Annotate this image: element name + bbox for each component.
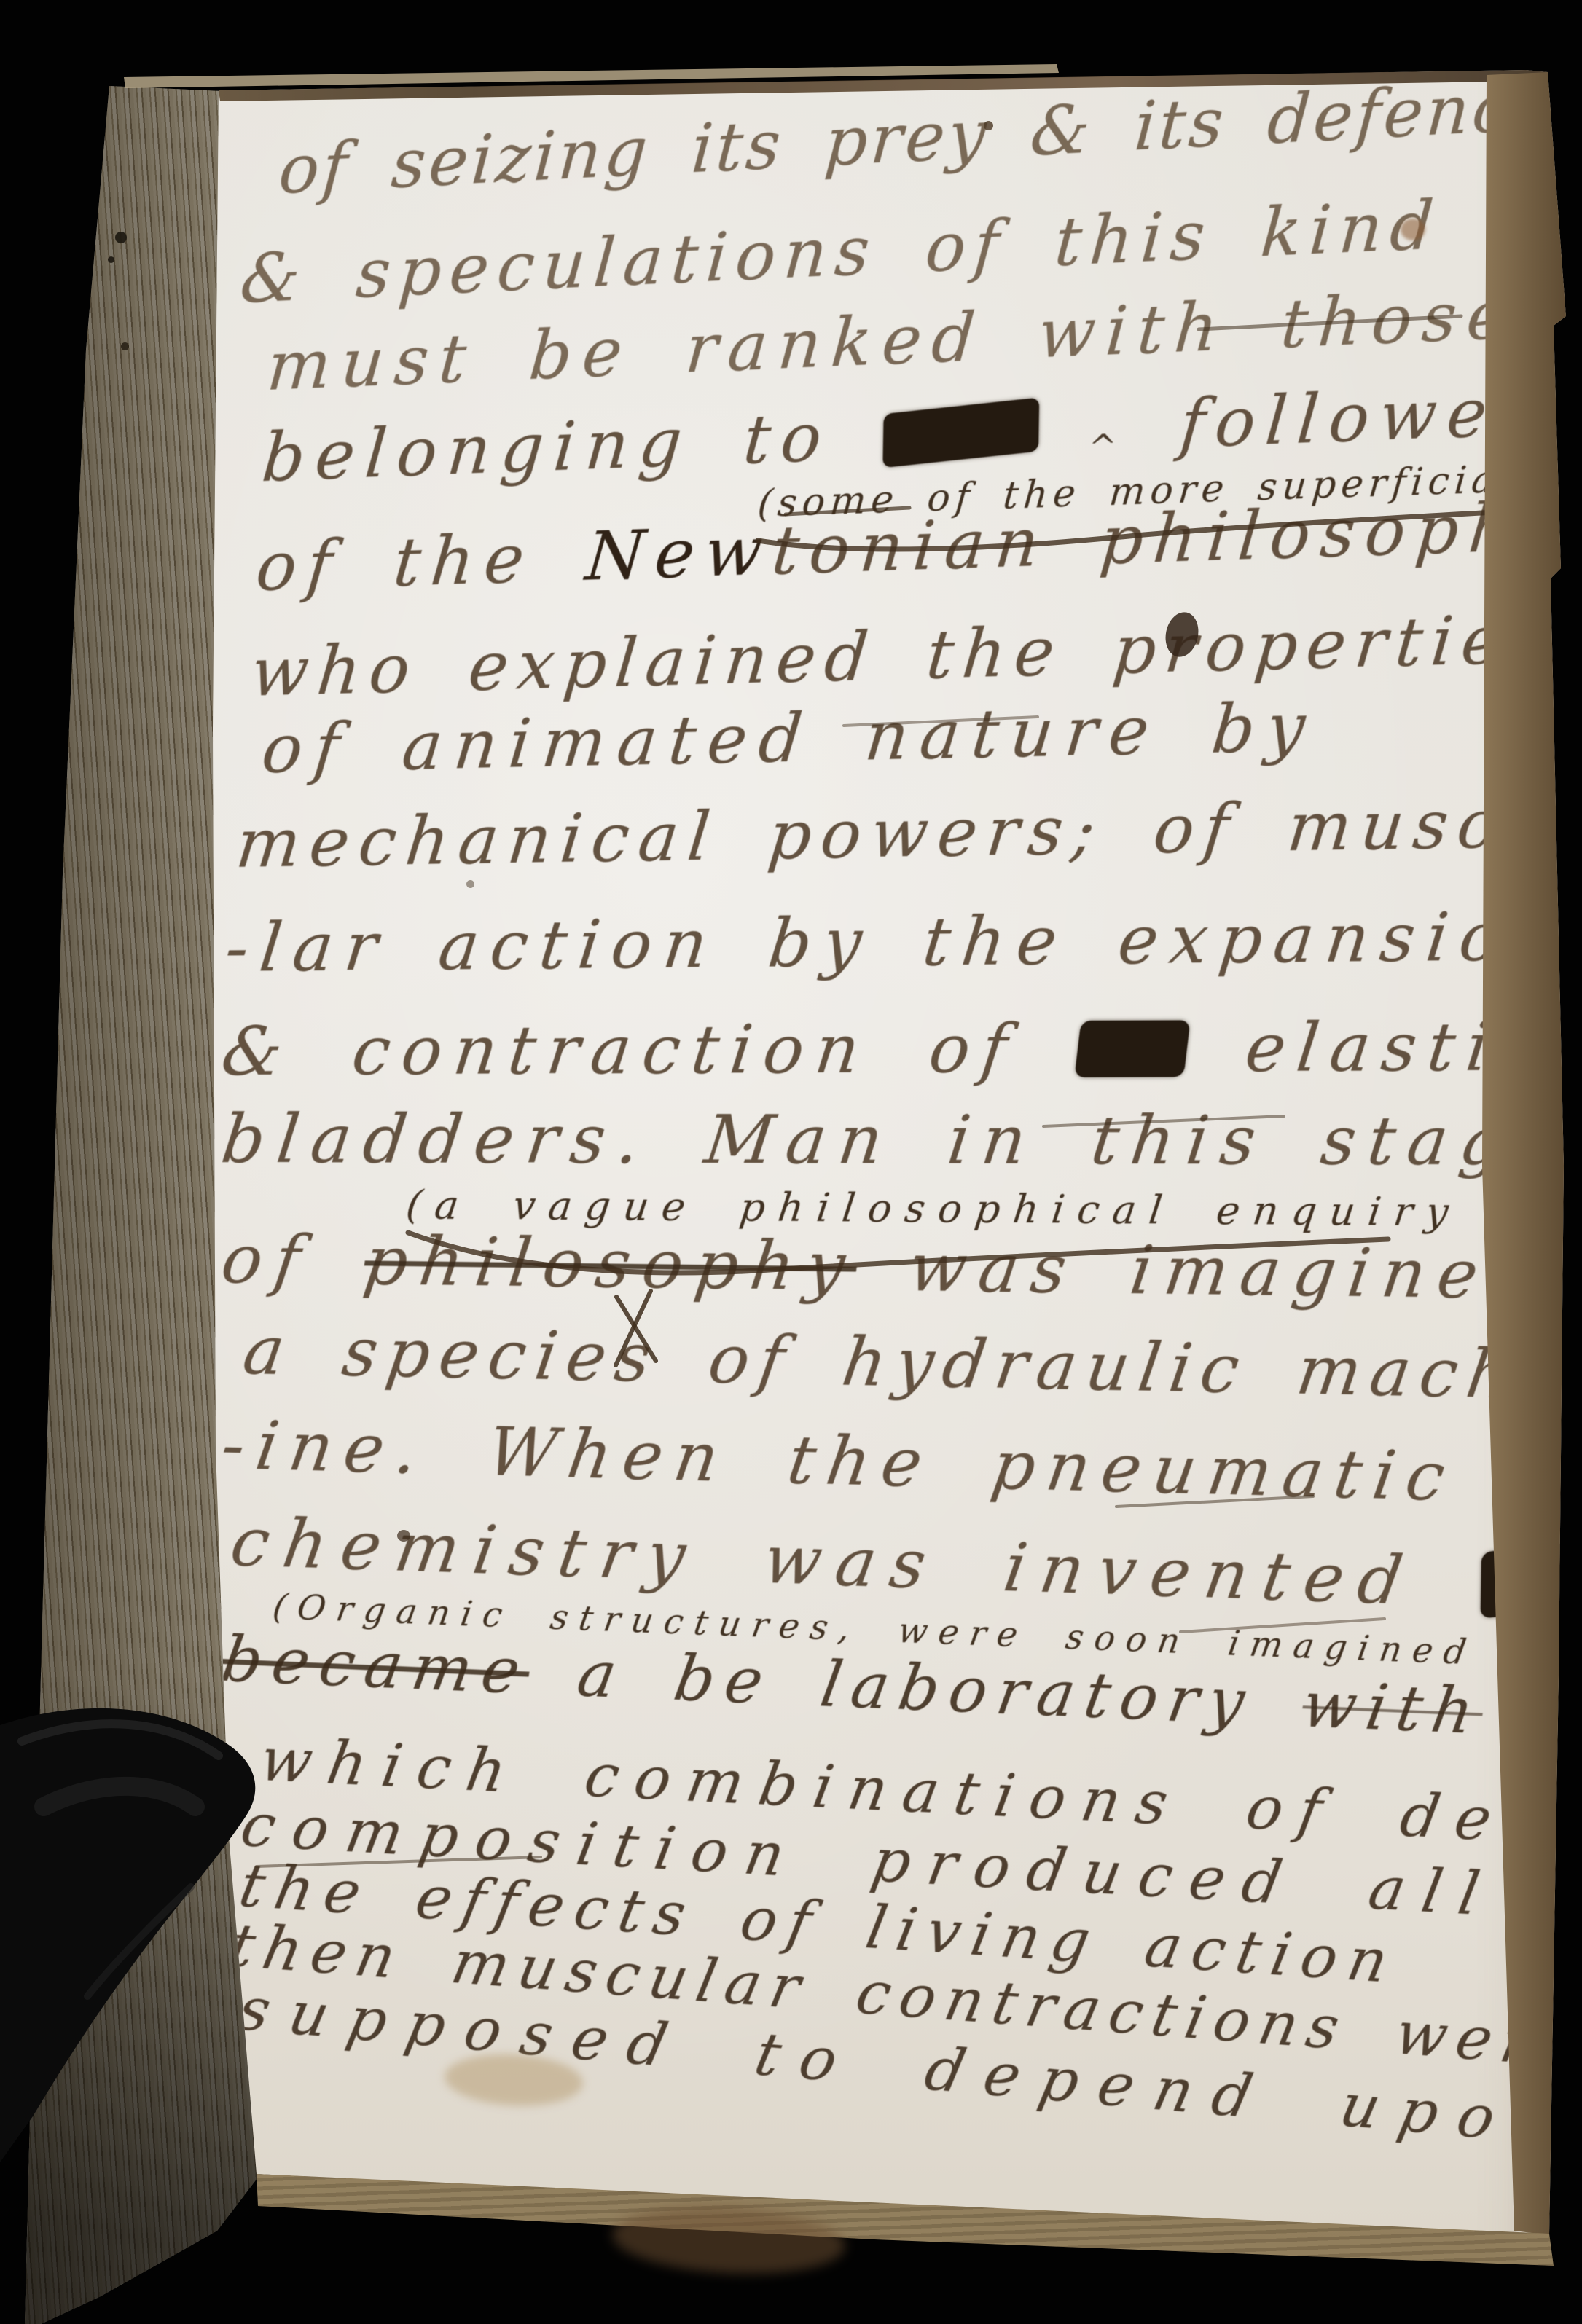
insertion-caret: ^	[1086, 426, 1128, 467]
struck-word: with	[1297, 1668, 1489, 1748]
foxing-spot	[1401, 219, 1425, 240]
ink-speck	[984, 121, 993, 130]
manuscript-line: of philosophy was imagined	[217, 1220, 1551, 1314]
photograph-of-manuscript-page: of seizing its prey & its defence & spec…	[0, 0, 1582, 2324]
ink-speck	[466, 880, 474, 888]
manuscript-line: -lar action by the expansion	[222, 898, 1571, 987]
line-text: of	[217, 1220, 318, 1299]
manuscript-line: a species of hydraulic mach-	[238, 1311, 1557, 1414]
line-text: belonging to	[259, 398, 834, 497]
edge-speck	[121, 342, 129, 350]
line-text: & contraction of	[218, 1010, 1023, 1091]
retraced-word: New	[583, 512, 776, 596]
ink-blot	[1074, 1020, 1190, 1077]
struck-word: became	[216, 1623, 536, 1708]
ink-blot-over-word: the	[882, 398, 1038, 468]
line-text: was imagined	[904, 1229, 1551, 1314]
edge-speck	[108, 256, 114, 263]
struck-word: philosophy	[359, 1222, 862, 1306]
edge-speck	[115, 232, 127, 243]
manuscript-line: mechanical powers; of muscu-	[232, 784, 1582, 883]
manuscript-line: who explained the properties	[248, 600, 1557, 712]
manuscript-line: -ine. When the pneumatic	[216, 1406, 1462, 1516]
manuscript-line: bladders. Man in this stage	[217, 1100, 1572, 1180]
manuscript-line: & contraction of elastic	[218, 1008, 1554, 1091]
ink-speck	[397, 1530, 410, 1542]
line-text: of the	[253, 518, 590, 607]
